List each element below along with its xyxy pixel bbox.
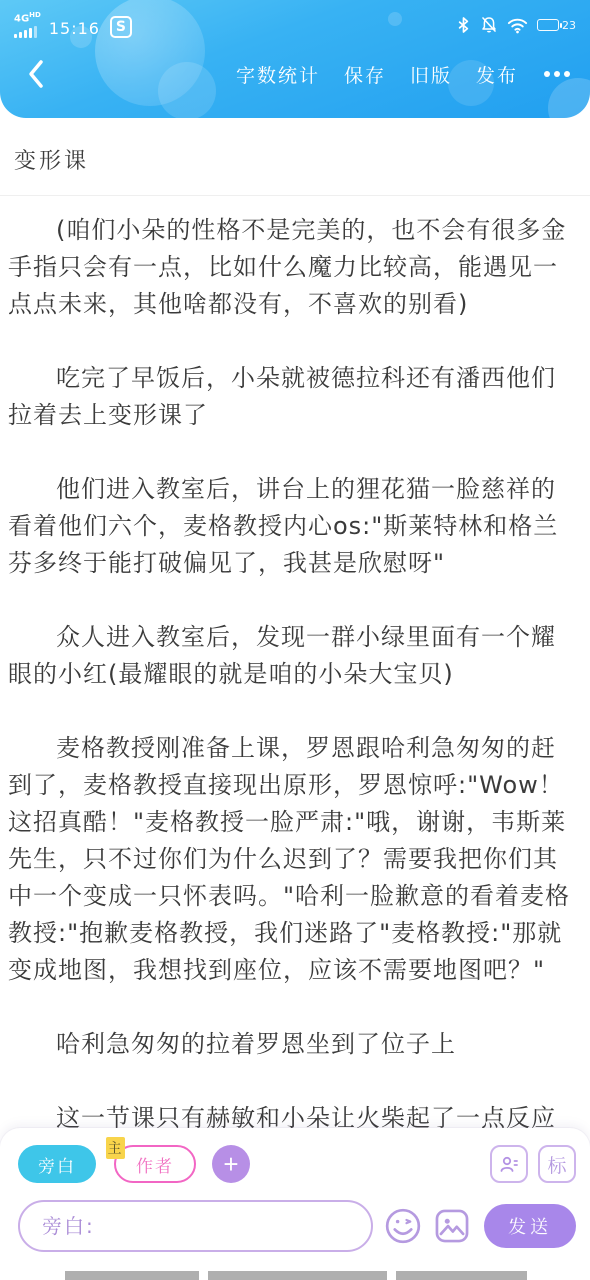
- bluetooth-icon: [456, 16, 471, 34]
- title-divider: [0, 195, 590, 196]
- paragraph[interactable]: 吃完了早饭后，小朵就被德拉科还有潘西他们拉着去上变形课了: [8, 360, 580, 434]
- chapter-title[interactable]: 变形课: [0, 118, 590, 195]
- menu-item-old-version[interactable]: 旧版: [410, 61, 452, 88]
- send-button[interactable]: 发送: [484, 1204, 576, 1248]
- editor-area[interactable]: 变形课 (咱们小朵的性格不是完美的，也不会有很多金手指只会有一点，比如什么魔力比…: [0, 118, 590, 1128]
- menu-item-publish[interactable]: 发布: [476, 61, 518, 88]
- battery-icon: 23: [537, 19, 576, 32]
- paragraph[interactable]: 这一节课只有赫敏和小朵让火柴起了一点反应(赫敏是天资聪慧，当然小朵也不差因为黑檀…: [8, 1100, 580, 1128]
- chevron-left-icon: [25, 58, 47, 90]
- tag-icon-label: 标: [547, 1151, 566, 1178]
- hint-bar: [208, 1271, 387, 1280]
- image-icon: [433, 1207, 471, 1245]
- message-input[interactable]: [18, 1200, 373, 1252]
- paragraph[interactable]: (咱们小朵的性格不是完美的，也不会有很多金手指只会有一点，比如什么魔力比较高，能…: [8, 212, 580, 323]
- role-tab-narration[interactable]: 旁白: [18, 1145, 96, 1183]
- plus-icon: +: [223, 1151, 238, 1177]
- wifi-icon: [507, 17, 528, 34]
- paragraph[interactable]: 众人进入教室后，发现一群小绿里面有一个耀眼的小红(最耀眼的就是咱的小朵大宝贝): [8, 619, 580, 693]
- screenshot-badge-icon: S: [110, 16, 132, 38]
- status-bar: 4GHD 15:16 S 23: [0, 0, 590, 42]
- paragraph[interactable]: 哈利急匆匆的拉着罗恩坐到了位子上: [8, 1026, 580, 1063]
- more-button[interactable]: [542, 67, 572, 81]
- add-role-button[interactable]: +: [212, 1145, 250, 1183]
- app-header: 4GHD 15:16 S 23 字数统计: [0, 0, 590, 118]
- paragraph[interactable]: 他们进入教室后，讲台上的狸花猫一脸慈祥的看着他们六个，麦格教授内心os:"斯莱特…: [8, 471, 580, 582]
- person-card-icon: [498, 1153, 520, 1175]
- character-card-button[interactable]: [490, 1145, 528, 1183]
- paragraph[interactable]: 麦格教授刚准备上课，罗恩跟哈利急匆匆的赶到了，麦格教授直接现出原形，罗恩惊呼:"…: [8, 730, 580, 989]
- back-button[interactable]: [18, 56, 54, 92]
- signal-icon: 4GHD: [14, 12, 41, 38]
- more-dots-icon: [544, 71, 550, 77]
- nav-bar: 字数统计 保存 旧版 发布: [0, 42, 590, 106]
- menu-item-word-count[interactable]: 字数统计: [236, 61, 320, 88]
- hint-bar: [65, 1271, 199, 1280]
- main-role-badge: 主: [106, 1137, 125, 1159]
- battery-percent: 23: [562, 19, 576, 32]
- keyboard-hint-bars: [0, 1271, 590, 1280]
- role-tab-author-label: 作者: [136, 1152, 174, 1177]
- emoji-button[interactable]: [383, 1206, 423, 1246]
- editor-body[interactable]: (咱们小朵的性格不是完美的，也不会有很多金手指只会有一点，比如什么魔力比较高，能…: [0, 204, 590, 1128]
- mute-bell-icon: [480, 16, 498, 34]
- clock-time: 15:16: [49, 19, 100, 38]
- menu-item-save[interactable]: 保存: [344, 61, 386, 88]
- image-button[interactable]: [433, 1206, 473, 1246]
- signal-bars-icon: [14, 26, 37, 38]
- network-label: 4G: [14, 13, 29, 24]
- composer-panel: 旁白 主 作者 + 标 发送: [0, 1128, 590, 1280]
- hint-bar: [396, 1271, 527, 1280]
- tag-button[interactable]: 标: [538, 1145, 576, 1183]
- smiley-wink-icon: [384, 1207, 422, 1245]
- network-hd-label: HD: [29, 11, 41, 19]
- role-tab-author[interactable]: 主 作者: [114, 1145, 196, 1183]
